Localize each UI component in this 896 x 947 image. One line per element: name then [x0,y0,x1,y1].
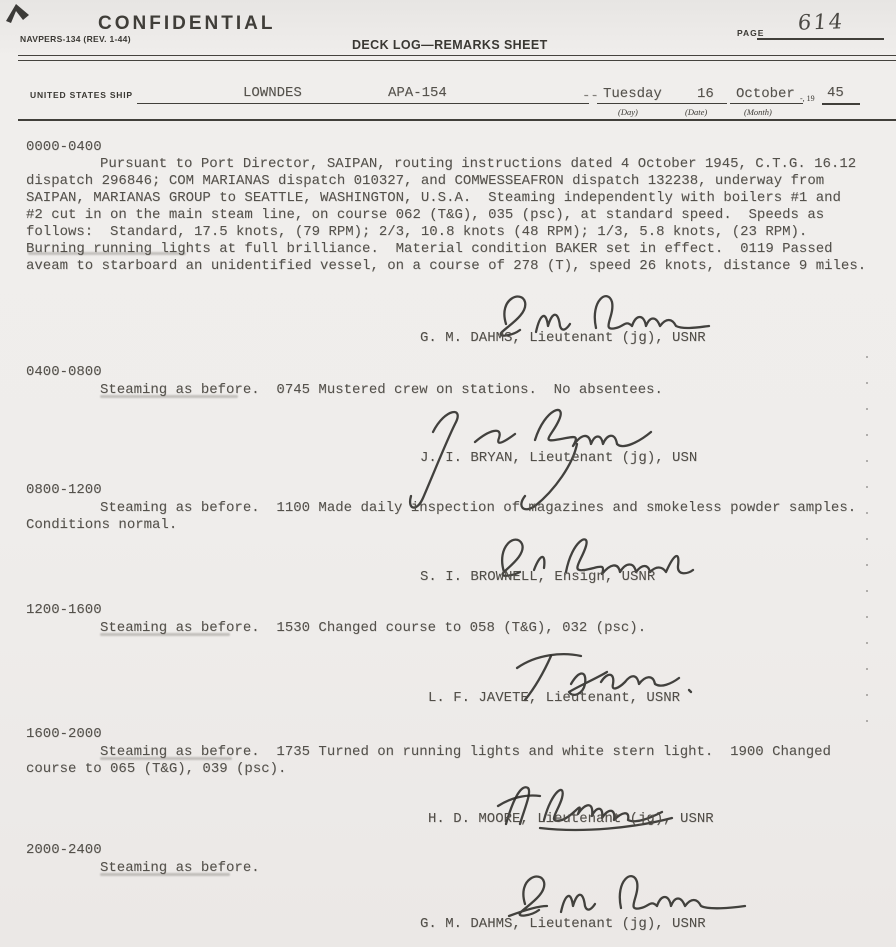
ship-name: LOWNDES [243,85,302,101]
ink-smear [100,395,238,398]
log-entry-line: Steaming as before. 1100 Made daily insp… [26,500,856,516]
section-time-range: 1200-1600 [26,602,102,618]
header-bottom-rule [18,119,896,121]
signature-typed-name: H. D. MOORE, Lieutenant (jg), USNR [428,811,714,827]
month-underline [730,103,803,104]
signature-typed-name: S. I. BROWNELL, Ensign, USNR [420,569,655,585]
page-number-underline [757,38,884,40]
log-entry-line: SAIPAN, MARIANAS GROUP to SEATTLE, WASHI… [26,190,841,206]
day-underline [597,103,682,104]
year-underline [822,103,860,105]
signature-typed-name: J. I. BRYAN, Lieutenant (jg), USN [420,450,697,466]
signature-typed-name: G. M. DAHMS, Lieutenant (jg), USNR [420,330,706,346]
section-time-range: 0400-0800 [26,364,102,380]
section-time-range: 2000-2400 [26,842,102,858]
form-title: DECK LOG—REMARKS SHEET [352,38,548,52]
day-prefix-dashes: -- [582,88,599,104]
date-underline [679,103,727,104]
date-caption: (Date) [685,107,707,117]
log-entry-line: aveam to starboard an unidentified vesse… [26,258,866,274]
signature-typed-name: G. M. DAHMS, Lieutenant (jg), USNR [420,916,706,932]
date-value: 16 [697,86,714,102]
ink-smear [100,873,230,876]
year-value: 45 [827,85,844,101]
log-entry-line: dispatch 296846; COM MARIANAS dispatch 0… [26,173,824,189]
page-label: PAGE [737,28,764,38]
section-time-range: 0800-1200 [26,482,102,498]
signature-dahms-2 [495,866,750,922]
month-value: October [736,86,795,102]
section-time-range: 1600-2000 [26,726,102,742]
hull-number: APA-154 [388,85,447,101]
perforation-dots [866,356,868,741]
signature-typed-name: L. F. JAVETE, Lieutenant, USNR [428,690,680,706]
header-double-rule [18,55,896,61]
form-number: NAVPERS-134 (REV. 1-44) [20,34,131,44]
ink-smear [28,252,186,255]
deck-log-remarks-sheet: CONFIDENTIAL PAGE 614 NAVPERS-134 (REV. … [0,0,896,947]
section-time-range: 0000-0400 [26,139,102,155]
log-entry-line: #2 cut in on the main steam line, on cou… [26,207,824,223]
classification-stamp: CONFIDENTIAL [98,13,275,35]
ship-label: UNITED STATES SHIP [30,90,133,100]
log-entry-line: Pursuant to Port Director, SAIPAN, routi… [26,156,856,172]
ship-line-underline [137,103,589,104]
log-entry-line: follows: Standard, 17.5 knots, (79 RPM);… [26,224,807,240]
ink-smear [100,757,232,760]
log-entry-line: course to 065 (T&G), 039 (psc). [26,761,286,777]
month-caption: (Month) [744,107,772,117]
page-number-handwritten: 614 [797,9,845,35]
log-entry-line: Conditions normal. [26,517,177,533]
year-prefix: -, 19 [800,94,815,103]
day-caption: (Day) [618,107,638,117]
ink-smear [100,633,230,636]
day-value: Tuesday [603,86,662,102]
scan-corner-mark [5,3,35,25]
